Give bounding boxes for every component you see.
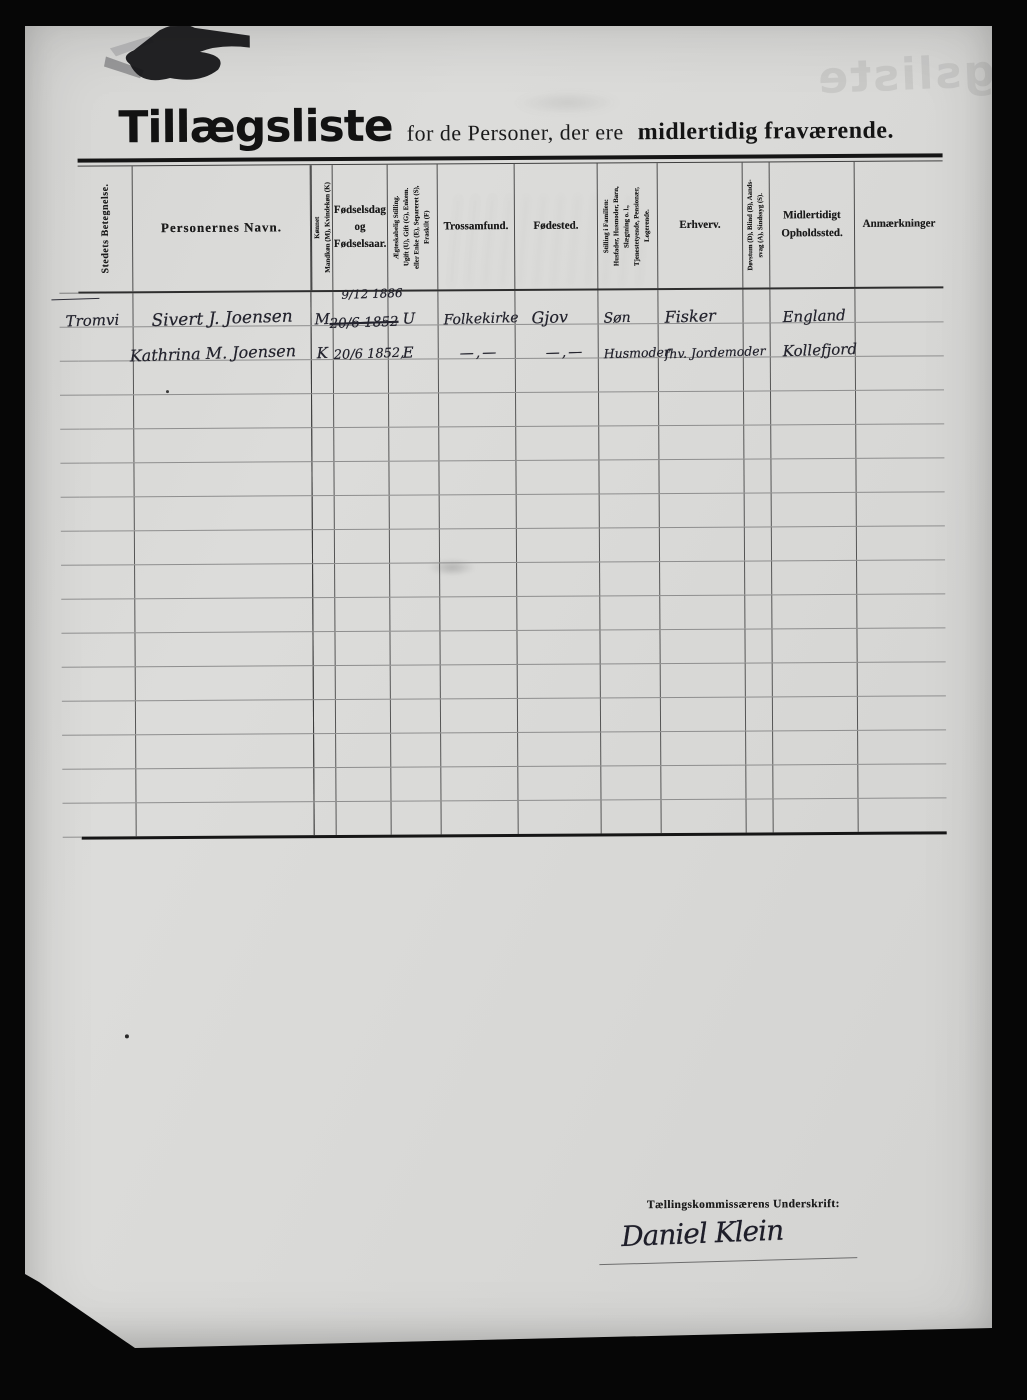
cell-empty bbox=[771, 459, 856, 493]
signature-line bbox=[599, 1257, 857, 1265]
cell-empty bbox=[135, 632, 313, 666]
column-header-label: Ægteskabelig Stilling. Ugift (U), Gift (… bbox=[392, 185, 433, 269]
cell-empty bbox=[857, 560, 945, 594]
cell-empty bbox=[516, 392, 599, 426]
cell-empty bbox=[516, 358, 599, 392]
cell-occupation: fhv. Jordemoder bbox=[659, 324, 744, 358]
cell-empty bbox=[390, 631, 440, 664]
cell-empty bbox=[518, 664, 601, 698]
cell-empty bbox=[440, 563, 517, 596]
pen-flourish bbox=[51, 298, 99, 301]
cell-place: Tromvi bbox=[78, 293, 133, 326]
cell-empty bbox=[80, 565, 135, 598]
page-title: Tillægsliste for de Personer, der ere mi… bbox=[118, 98, 894, 154]
column-header-label: Stilling i Familien: Husfader, Husmoder,… bbox=[602, 186, 653, 266]
cell-empty bbox=[659, 392, 744, 426]
column-header-label: Midlertidigt Opholdssted. bbox=[781, 207, 843, 241]
cell-empty bbox=[772, 561, 857, 595]
table-header-row: Stedets Betegnelse.Personernes Navn.Kønn… bbox=[78, 160, 944, 293]
handwritten-sex: M bbox=[314, 312, 330, 327]
table-row-entry-2: Kathrina M. Joensen K 20/6 1852, E —,— —… bbox=[79, 322, 944, 361]
cell-religion: Folkekirke bbox=[438, 291, 515, 324]
cell-empty bbox=[519, 800, 602, 834]
cell-empty bbox=[441, 733, 518, 766]
table-row-empty bbox=[79, 424, 944, 463]
cell-empty bbox=[134, 462, 312, 496]
cell-empty bbox=[518, 732, 601, 766]
scan-background: gsliste Tillægsliste for de Personer, de… bbox=[0, 0, 1027, 1400]
cell-empty bbox=[602, 800, 662, 833]
cell-empty bbox=[335, 564, 390, 597]
cell-empty bbox=[391, 665, 441, 698]
cell-empty bbox=[312, 564, 335, 597]
cell-empty bbox=[771, 425, 856, 459]
cell-empty bbox=[745, 595, 772, 628]
cell-empty bbox=[858, 662, 946, 696]
cell-empty bbox=[661, 698, 746, 732]
cell-empty bbox=[390, 529, 440, 562]
cell-empty bbox=[516, 460, 599, 494]
handwritten-sex: K bbox=[316, 346, 328, 361]
cell-empty bbox=[80, 497, 135, 530]
cell-empty bbox=[391, 767, 441, 800]
cell-empty bbox=[80, 531, 135, 564]
ink-dot bbox=[125, 1034, 129, 1038]
cell-empty bbox=[660, 562, 745, 596]
table-row-empty bbox=[81, 696, 946, 735]
cell-empty bbox=[79, 395, 134, 428]
signature-handwritten: Daniel Klein bbox=[621, 1214, 784, 1254]
cell-empty bbox=[311, 428, 334, 461]
table-row-empty bbox=[81, 662, 946, 701]
cell-name: Sivert J. Joensen bbox=[133, 292, 311, 326]
cell-empty bbox=[135, 564, 313, 598]
cell-empty bbox=[858, 696, 946, 730]
cell-empty bbox=[660, 528, 745, 562]
cell-empty bbox=[745, 629, 772, 662]
column-header-temporary-residence: Midlertidigt Opholdssted. bbox=[770, 162, 856, 288]
cell-empty bbox=[518, 698, 601, 732]
cell-disabilities bbox=[743, 289, 770, 322]
cell-empty bbox=[80, 633, 135, 666]
cell-empty bbox=[858, 730, 946, 764]
cell-empty bbox=[601, 664, 661, 697]
cell-empty bbox=[745, 493, 772, 526]
cell-empty bbox=[336, 734, 391, 767]
cell-empty bbox=[441, 665, 518, 698]
table-row-empty bbox=[81, 764, 946, 803]
cell-empty bbox=[134, 360, 312, 394]
cell-empty bbox=[82, 803, 137, 836]
cell-empty bbox=[773, 663, 858, 697]
cell-empty bbox=[858, 764, 946, 798]
cell-empty bbox=[773, 731, 858, 765]
cell-empty bbox=[746, 663, 773, 696]
printer-mark: ENGELSEN & SCHRØDER. bbox=[880, 1331, 956, 1337]
cell-empty bbox=[660, 494, 745, 528]
cell-empty bbox=[337, 802, 392, 835]
column-header-label: Anmærkninger bbox=[863, 215, 936, 232]
cell-empty bbox=[661, 732, 746, 766]
cell-empty bbox=[135, 496, 313, 530]
cell-birthplace: —,— bbox=[516, 324, 599, 358]
cell-family-position: Søn bbox=[598, 290, 658, 323]
cell-empty bbox=[856, 424, 944, 458]
cell-empty bbox=[662, 800, 747, 834]
column-header-label: Kønnet Mandkøn (M), Kvindekøn (K) bbox=[311, 182, 333, 273]
cell-remarks bbox=[856, 322, 944, 356]
census-table: Stedets Betegnelse.Personernes Navn.Kønn… bbox=[78, 153, 947, 839]
cell-empty bbox=[137, 802, 315, 836]
cell-marital-status: E bbox=[389, 325, 439, 358]
column-header-label: Døvstum (D), Blind (B), Aands- svag (A),… bbox=[746, 179, 767, 270]
table-row-empty bbox=[80, 492, 945, 531]
cell-empty bbox=[389, 359, 439, 392]
cell-empty bbox=[334, 428, 389, 461]
cell-empty bbox=[858, 798, 946, 832]
cell-empty bbox=[517, 596, 600, 630]
cell-temporary-residence: Kollefjord bbox=[771, 323, 856, 357]
cell-name: Kathrina M. Joensen bbox=[134, 326, 312, 360]
cell-empty bbox=[601, 766, 661, 799]
cell-empty bbox=[773, 799, 858, 833]
cell-empty bbox=[311, 360, 334, 393]
cell-empty bbox=[599, 358, 659, 391]
cell-empty bbox=[857, 628, 945, 662]
cell-empty bbox=[313, 700, 336, 733]
cell-empty bbox=[335, 632, 390, 665]
cell-empty bbox=[441, 699, 518, 732]
handwritten-marital-status: U bbox=[402, 311, 415, 326]
cell-empty bbox=[136, 734, 314, 768]
cell-empty bbox=[440, 597, 517, 630]
cell-empty bbox=[311, 394, 334, 427]
column-header-place: Stedets Betegnelse. bbox=[78, 166, 134, 291]
cell-empty bbox=[856, 458, 944, 492]
cell-empty bbox=[771, 357, 856, 391]
cell-empty bbox=[389, 393, 439, 426]
cell-empty bbox=[392, 801, 442, 834]
column-header-disabilities: Døvstum (D), Blind (B), Aands- svag (A),… bbox=[743, 162, 771, 287]
cell-empty bbox=[772, 493, 857, 527]
cell-empty bbox=[857, 492, 945, 526]
cell-birthplace: Gjov bbox=[515, 290, 598, 324]
cell-empty bbox=[390, 597, 440, 630]
cell-empty bbox=[312, 598, 335, 631]
table-row-empty bbox=[79, 458, 944, 497]
cell-empty bbox=[439, 359, 516, 392]
ink-blot bbox=[100, 26, 250, 96]
cell-empty bbox=[772, 595, 857, 629]
cell-disabilities bbox=[744, 323, 771, 356]
column-header-birthplace: Fødested. bbox=[515, 163, 599, 289]
column-header-label: Trossamfund. bbox=[444, 218, 509, 235]
cell-empty bbox=[659, 426, 744, 460]
cell-empty bbox=[312, 496, 335, 529]
column-header-birthdate: Fødselsdag og Fødselsaar. bbox=[333, 165, 389, 290]
table-row-empty bbox=[79, 390, 944, 429]
cell-empty bbox=[659, 460, 744, 494]
cell-marital-status: U bbox=[388, 291, 438, 324]
cell-remarks bbox=[855, 288, 943, 322]
cell-empty bbox=[313, 768, 336, 801]
column-header-label: Personernes Navn. bbox=[161, 218, 282, 239]
cell-empty bbox=[311, 462, 334, 495]
cell-empty bbox=[81, 769, 136, 802]
cell-empty bbox=[517, 630, 600, 664]
cell-empty bbox=[746, 697, 773, 730]
cell-empty bbox=[389, 427, 439, 460]
cell-empty bbox=[391, 733, 441, 766]
cell-empty bbox=[601, 732, 661, 765]
cell-empty bbox=[135, 598, 313, 632]
cell-empty bbox=[856, 356, 944, 390]
cell-empty bbox=[313, 734, 336, 767]
table-row-empty bbox=[79, 356, 944, 395]
column-header-remarks: Anmærkninger bbox=[855, 161, 944, 287]
cell-empty bbox=[135, 530, 313, 564]
table-row-empty bbox=[80, 526, 945, 565]
cell-empty bbox=[601, 698, 661, 731]
cell-empty bbox=[334, 462, 389, 495]
cell-empty bbox=[600, 528, 660, 561]
cell-empty bbox=[441, 767, 518, 800]
cell-empty bbox=[744, 357, 771, 390]
cell-empty bbox=[745, 561, 772, 594]
bleedthrough-text: gsliste bbox=[815, 46, 996, 104]
cell-empty bbox=[389, 461, 439, 494]
cell-empty bbox=[599, 460, 659, 493]
cell-empty bbox=[661, 766, 746, 800]
cell-empty bbox=[334, 360, 389, 393]
cell-empty bbox=[518, 766, 601, 800]
column-header-label: Erhverv. bbox=[679, 217, 720, 234]
document-page: gsliste Tillægsliste for de Personer, de… bbox=[25, 26, 992, 1348]
cell-empty bbox=[134, 428, 312, 462]
table-row-entry-1: Tromvi Sivert J. Joensen M 9/12 1886 20/… bbox=[78, 288, 943, 327]
cell-empty bbox=[335, 598, 390, 631]
cell-empty bbox=[335, 530, 390, 563]
column-header-occupation: Erhverv. bbox=[658, 163, 744, 289]
cell-empty bbox=[660, 596, 745, 630]
cell-empty bbox=[773, 697, 858, 731]
column-header-religion: Trossamfund. bbox=[438, 164, 516, 289]
cell-empty bbox=[336, 666, 391, 699]
cell-empty bbox=[745, 527, 772, 560]
cell-empty bbox=[746, 799, 773, 832]
cell-empty bbox=[336, 768, 391, 801]
cell-empty bbox=[81, 667, 136, 700]
cell-birthdate: 20/6 1852, bbox=[334, 326, 389, 359]
cell-empty bbox=[79, 463, 134, 496]
table-body: Tromvi Sivert J. Joensen M 9/12 1886 20/… bbox=[78, 288, 946, 836]
cell-empty bbox=[81, 701, 136, 734]
cell-empty bbox=[81, 735, 136, 768]
column-header-name: Personernes Navn. bbox=[133, 165, 312, 291]
cell-occupation: Fisker bbox=[658, 290, 743, 324]
cell-empty bbox=[390, 563, 440, 596]
title-main: Tillægsliste bbox=[118, 101, 393, 154]
column-header-family-position: Stilling i Familien: Husfader, Husmoder,… bbox=[598, 163, 659, 288]
cell-empty bbox=[79, 361, 134, 394]
cell-empty bbox=[744, 459, 771, 492]
ink-blot-shape bbox=[100, 26, 250, 91]
cell-empty bbox=[856, 390, 944, 424]
cell-empty bbox=[314, 802, 337, 835]
cell-empty bbox=[771, 391, 856, 425]
column-header-label: Stedets Betegnelse. bbox=[97, 184, 113, 274]
table-row-empty bbox=[80, 594, 945, 633]
page-content: gsliste Tillægsliste for de Personer, de… bbox=[22, 23, 997, 1351]
column-header-marital-status: Ægteskabelig Stilling. Ugift (U), Gift (… bbox=[388, 164, 439, 289]
cell-place bbox=[79, 327, 134, 360]
cell-empty bbox=[80, 599, 135, 632]
cell-empty bbox=[746, 731, 773, 764]
title-middle: for de Personer, der ere bbox=[407, 119, 624, 146]
cell-empty bbox=[313, 666, 336, 699]
cell-empty bbox=[442, 801, 519, 834]
cell-empty bbox=[599, 392, 659, 425]
cell-religion: —,— bbox=[439, 325, 516, 358]
cell-empty bbox=[599, 426, 659, 459]
cell-empty bbox=[600, 596, 660, 629]
cell-empty bbox=[600, 562, 660, 595]
column-header-label: Fødested. bbox=[533, 218, 578, 235]
table-row-empty bbox=[80, 560, 945, 599]
cell-empty bbox=[440, 631, 517, 664]
cell-empty bbox=[312, 530, 335, 563]
cell-empty bbox=[390, 495, 440, 528]
cell-empty bbox=[857, 594, 945, 628]
cell-empty bbox=[335, 496, 390, 529]
cell-empty bbox=[744, 425, 771, 458]
cell-empty bbox=[661, 664, 746, 698]
cell-empty bbox=[857, 526, 945, 560]
cell-empty bbox=[659, 358, 744, 392]
cell-empty bbox=[600, 630, 660, 663]
cell-empty bbox=[516, 426, 599, 460]
cell-empty bbox=[312, 632, 335, 665]
title-emphasis: midlertidig fraværende. bbox=[638, 118, 895, 147]
cell-temporary-residence: England bbox=[770, 289, 855, 323]
cell-empty bbox=[773, 765, 858, 799]
cell-family-position: Husmoder bbox=[599, 324, 659, 357]
cell-empty bbox=[772, 527, 857, 561]
cell-empty bbox=[79, 429, 134, 462]
signature-label: Tællingskommissærens Underskrift: bbox=[647, 1198, 840, 1211]
cell-empty bbox=[660, 630, 745, 664]
cell-empty bbox=[334, 394, 389, 427]
cell-birthdate: 9/12 1886 20/6 1852 bbox=[333, 292, 388, 325]
cell-empty bbox=[439, 427, 516, 460]
column-header-label: Fødselsdag og Fødselsaar. bbox=[334, 202, 387, 253]
cell-empty bbox=[746, 765, 773, 798]
cell-empty bbox=[517, 528, 600, 562]
cell-empty bbox=[517, 562, 600, 596]
cell-empty bbox=[744, 391, 771, 424]
handwritten-marital-status: E bbox=[403, 345, 414, 360]
cell-empty bbox=[136, 666, 314, 700]
cell-sex: K bbox=[311, 326, 334, 359]
cell-empty bbox=[772, 629, 857, 663]
table-row-empty bbox=[80, 628, 945, 667]
table-row-empty bbox=[82, 798, 947, 836]
cell-empty bbox=[136, 768, 314, 802]
cell-empty bbox=[134, 394, 312, 428]
table-row-empty bbox=[81, 730, 946, 769]
cell-empty bbox=[440, 495, 517, 528]
cell-empty bbox=[336, 700, 391, 733]
cell-empty bbox=[440, 529, 517, 562]
cell-empty bbox=[439, 393, 516, 426]
cell-empty bbox=[391, 699, 441, 732]
cell-empty bbox=[517, 494, 600, 528]
column-header-sex: Kønnet Mandkøn (M), Kvindekøn (K) bbox=[311, 165, 334, 290]
cell-empty bbox=[439, 461, 516, 494]
cell-empty bbox=[136, 700, 314, 734]
cell-empty bbox=[600, 494, 660, 527]
